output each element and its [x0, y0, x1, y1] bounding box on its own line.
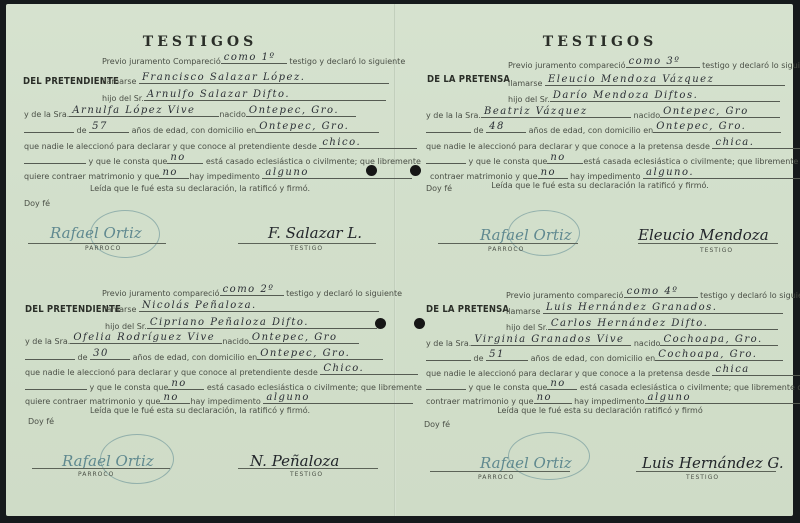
line-age: de 51 años de edad, con domicilio enCoch… [426, 349, 783, 363]
line-married: y que le consta queno está casado eclesi… [24, 152, 421, 166]
handwritten-value: como 1º [224, 52, 276, 63]
handwritten-value: Cochoapa, Gro. [663, 334, 762, 345]
priest-signature-line [32, 468, 170, 469]
line-appearance: Previo juramento Compareciócomo 1º testi… [102, 52, 405, 66]
priest-signature-line [430, 471, 570, 472]
line-appearance: Previo juramento compareciócomo 2º testi… [102, 284, 402, 298]
line-name: llamarse Luis Hernández Granados. [506, 302, 783, 316]
line-father: hijo del Sr.Carlos Hernández Difto. [506, 318, 778, 332]
handwritten-value: Francisco Salazar López. [142, 72, 305, 83]
handwritten-value: alguno [648, 392, 691, 403]
handwritten-value: no [171, 378, 186, 389]
line-knows: que nadie le aleccionó para declarar y q… [426, 137, 800, 151]
handwritten-value: Ontepec, Gro [252, 332, 338, 343]
handwritten-value: 51 [489, 349, 505, 360]
handwritten-value: no [170, 152, 185, 163]
doy-fe: Doy fé [28, 417, 54, 426]
line-mother: y de la Sra.Arnulfa López VivenacidoOnte… [24, 105, 356, 119]
closing-text: Leída que le fué esta su declaración, la… [10, 406, 390, 415]
handwritten-value: no [162, 167, 177, 178]
handwritten-value: Virginia Granados Vive [474, 334, 624, 345]
handwritten-value: Ontepec, Gro. [656, 121, 746, 132]
witness-label: TESTIGO [686, 474, 719, 481]
line-married: y que le consta queno está casado eclesi… [25, 378, 422, 392]
handwritten-value: alguno [266, 392, 309, 403]
line-name: llamarse Nicolás Peñaloza. [102, 300, 379, 314]
handwritten-value: Carlos Hernández Difto. [551, 318, 708, 329]
line-age: de 48 años de edad, con domicilio enOnte… [426, 121, 781, 135]
handwritten-value: Arnulfa López Vive [72, 105, 195, 116]
handwritten-value: Chico. [323, 363, 364, 374]
line-impediment: contraer matrimonio y queno hay impedime… [430, 167, 800, 181]
witness-signature: Eleucio Mendoza [638, 226, 769, 244]
handwritten-value: Eleucio Mendoza Vázquez [548, 74, 714, 85]
closing-text: Leída que le fué esta su declaración la … [410, 181, 790, 190]
witness-signature: F. Salazar L. [268, 224, 362, 242]
line-father: hijo del Sr.Darío Mendoza Diftos. [508, 90, 780, 104]
side-label: DE LA PRETENSA [427, 74, 510, 85]
priest-signature: Rafael Ortiz [50, 224, 142, 242]
handwritten-value: 57 [92, 121, 108, 132]
line-appearance: Previo juramento compareciócomo 4º testi… [506, 286, 800, 300]
center-fold [394, 4, 396, 516]
priest-signature-line [28, 243, 166, 244]
line-mother: y de la Sra.Ofelia Rodríguez VivenacidoO… [25, 332, 359, 346]
line-impediment: contraer matrimonio y queno hay impedime… [426, 392, 800, 406]
witness-signature: Luis Hernández G. [642, 454, 784, 472]
line-knows: que nadie le aleccionó para declarar y q… [25, 363, 418, 377]
witness-section-2: TESTIGOS DE LA PRETENSA Previo juramento… [410, 0, 790, 250]
side-label: DE LA PRETENSA [426, 304, 509, 315]
handwritten-value: como 3º [629, 56, 681, 67]
priest-signature: Rafael Ortiz [480, 454, 572, 472]
doy-fe: Doy fé [424, 420, 450, 429]
section-title: TESTIGOS [410, 34, 790, 50]
line-mother: y de la Sra.Virginia Granados Vive nacid… [426, 334, 778, 348]
handwritten-value: Arnulfo Salazar Difto. [147, 89, 290, 100]
priest-label: PARROCO [478, 474, 514, 481]
handwritten-value: no [541, 167, 556, 178]
line-father: hijo del Sr.Cipriano Peñaloza Difto. [105, 317, 377, 331]
line-knows: que nadie le aleccionó para declarar y q… [426, 364, 800, 378]
handwritten-value: Cochoapa, Gro. [658, 349, 757, 360]
line-married: y que le consta quenoestá casada eclesiá… [426, 152, 800, 166]
witness-label: TESTIGO [290, 245, 323, 252]
handwritten-value: chico. [322, 137, 361, 148]
witness-section-1: TESTIGOS DEL PRETENDIENTE Previo juramen… [10, 0, 390, 250]
priest-signature: Rafael Ortiz [480, 226, 572, 244]
handwritten-value: no [163, 392, 178, 403]
line-impediment: quiere contraer matrimonio y quenohay im… [25, 392, 413, 406]
witness-label: TESTIGO [700, 247, 733, 254]
doy-fe: Doy fé [426, 184, 452, 193]
handwritten-value: Ontepec, Gro. [260, 348, 350, 359]
handwritten-value: 30 [93, 348, 109, 359]
handwritten-value: como 4º [627, 286, 679, 297]
witness-signature-line [238, 468, 378, 469]
line-knows: que nadie le aleccionó para declarar y q… [24, 137, 417, 151]
handwritten-value: Luis Hernández Granados. [546, 302, 717, 313]
handwritten-value: Beatriz Vázquez [484, 106, 588, 117]
line-appearance: Previo juramento compareciócomo 3º testi… [508, 56, 800, 70]
handwritten-value: 48 [489, 121, 505, 132]
line-age: de 57 años de edad, con domicilio enOnte… [24, 121, 379, 135]
witness-section-3: DEL PRETENDIENTE Previo juramento compar… [10, 260, 390, 510]
handwritten-value: no [550, 152, 565, 163]
handwritten-value: Ofelia Rodríguez Vive [73, 332, 215, 343]
handwritten-value: chica [715, 364, 749, 375]
priest-signature-line [438, 243, 578, 244]
handwritten-value: Ontepec, Gro. [259, 121, 349, 132]
doy-fe: Doy fé [24, 199, 50, 208]
handwritten-value: como 2º [223, 284, 275, 295]
priest-label: PARROCO [78, 471, 114, 478]
handwritten-value: Ontepec, Gro. [249, 105, 339, 116]
witness-signature-line [238, 243, 376, 244]
handwritten-value: Nicolás Peñaloza. [142, 300, 257, 311]
line-mother: y de la la Sra.Beatriz Vázquez nacidoOnt… [426, 106, 780, 120]
handwritten-value: alguno. [646, 167, 694, 178]
closing-text: Leída que le fué esta su declaración, la… [10, 184, 390, 193]
witness-signature-line [638, 243, 778, 244]
line-age: de 30 años de edad, con domicilio enOnte… [25, 348, 383, 362]
handwritten-value: alguno [265, 167, 308, 178]
handwritten-value: Cipriano Peñaloza Difto. [150, 317, 309, 328]
priest-label: PARROCO [85, 245, 121, 252]
handwritten-value: Ontepec, Gro [663, 106, 749, 117]
handwritten-value: no [537, 392, 552, 403]
line-father: hijo del Sr.Arnulfo Salazar Difto. [102, 89, 386, 103]
line-name: llamarse Francisco Salazar López. [102, 72, 389, 86]
line-impediment: quiere contraer matrimonio y quenohay im… [24, 167, 412, 181]
section-title: TESTIGOS [10, 34, 390, 50]
witness-section-4: DE LA PRETENSA Previo juramento comparec… [410, 260, 790, 510]
line-name: llamarse Eleucio Mendoza Vázquez [508, 74, 785, 88]
closing-text: Leída que le fué esta su declaración rat… [410, 406, 790, 415]
handwritten-value: chica. [715, 137, 754, 148]
line-married: y que le consta queno está casada eclesi… [426, 378, 800, 392]
witness-signature-line [636, 471, 776, 472]
handwritten-value: no [550, 378, 565, 389]
witness-label: TESTIGO [290, 471, 323, 478]
handwritten-value: Darío Mendoza Diftos. [553, 90, 698, 101]
priest-label: PARROCO [488, 246, 524, 253]
